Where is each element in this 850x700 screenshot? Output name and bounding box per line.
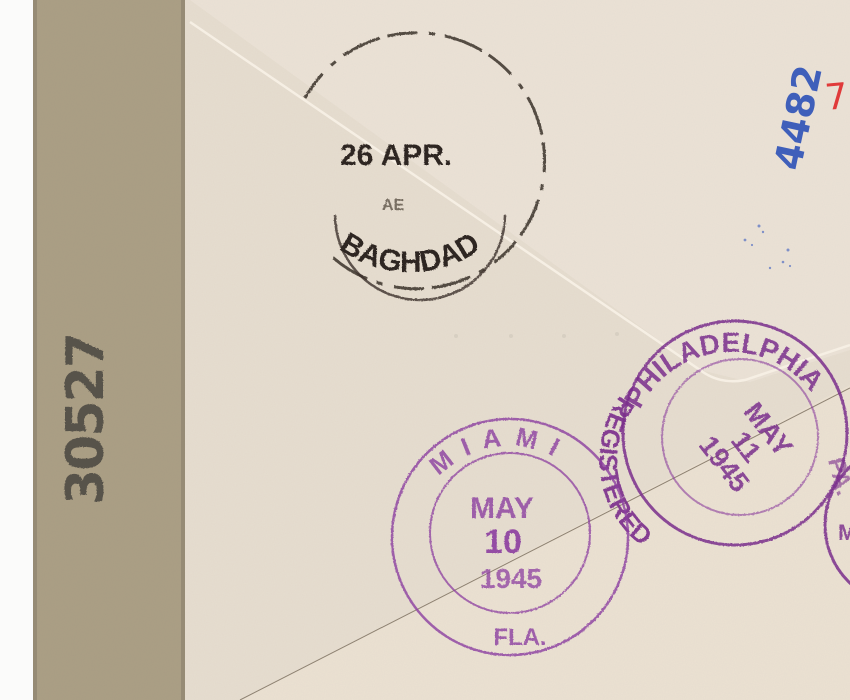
svg-text:M: M <box>838 520 850 545</box>
miami-year: 1945 <box>480 563 542 594</box>
censor-number: 30527 <box>56 334 116 505</box>
miami-state: FLA. <box>493 624 546 651</box>
miami-day: 10 <box>484 523 522 561</box>
miami-month: MAY <box>470 492 534 525</box>
red-handwritten-mark: 7 <box>823 76 849 119</box>
postal-cover-photo: 30527 26 APR. AE BAGHDAD 4482 7 PHILADEL… <box>0 0 850 700</box>
censor-tape: 30527 <box>33 0 185 700</box>
baghdad-date: 26 APR. <box>340 139 452 172</box>
baghdad-partial: AE <box>382 197 405 214</box>
